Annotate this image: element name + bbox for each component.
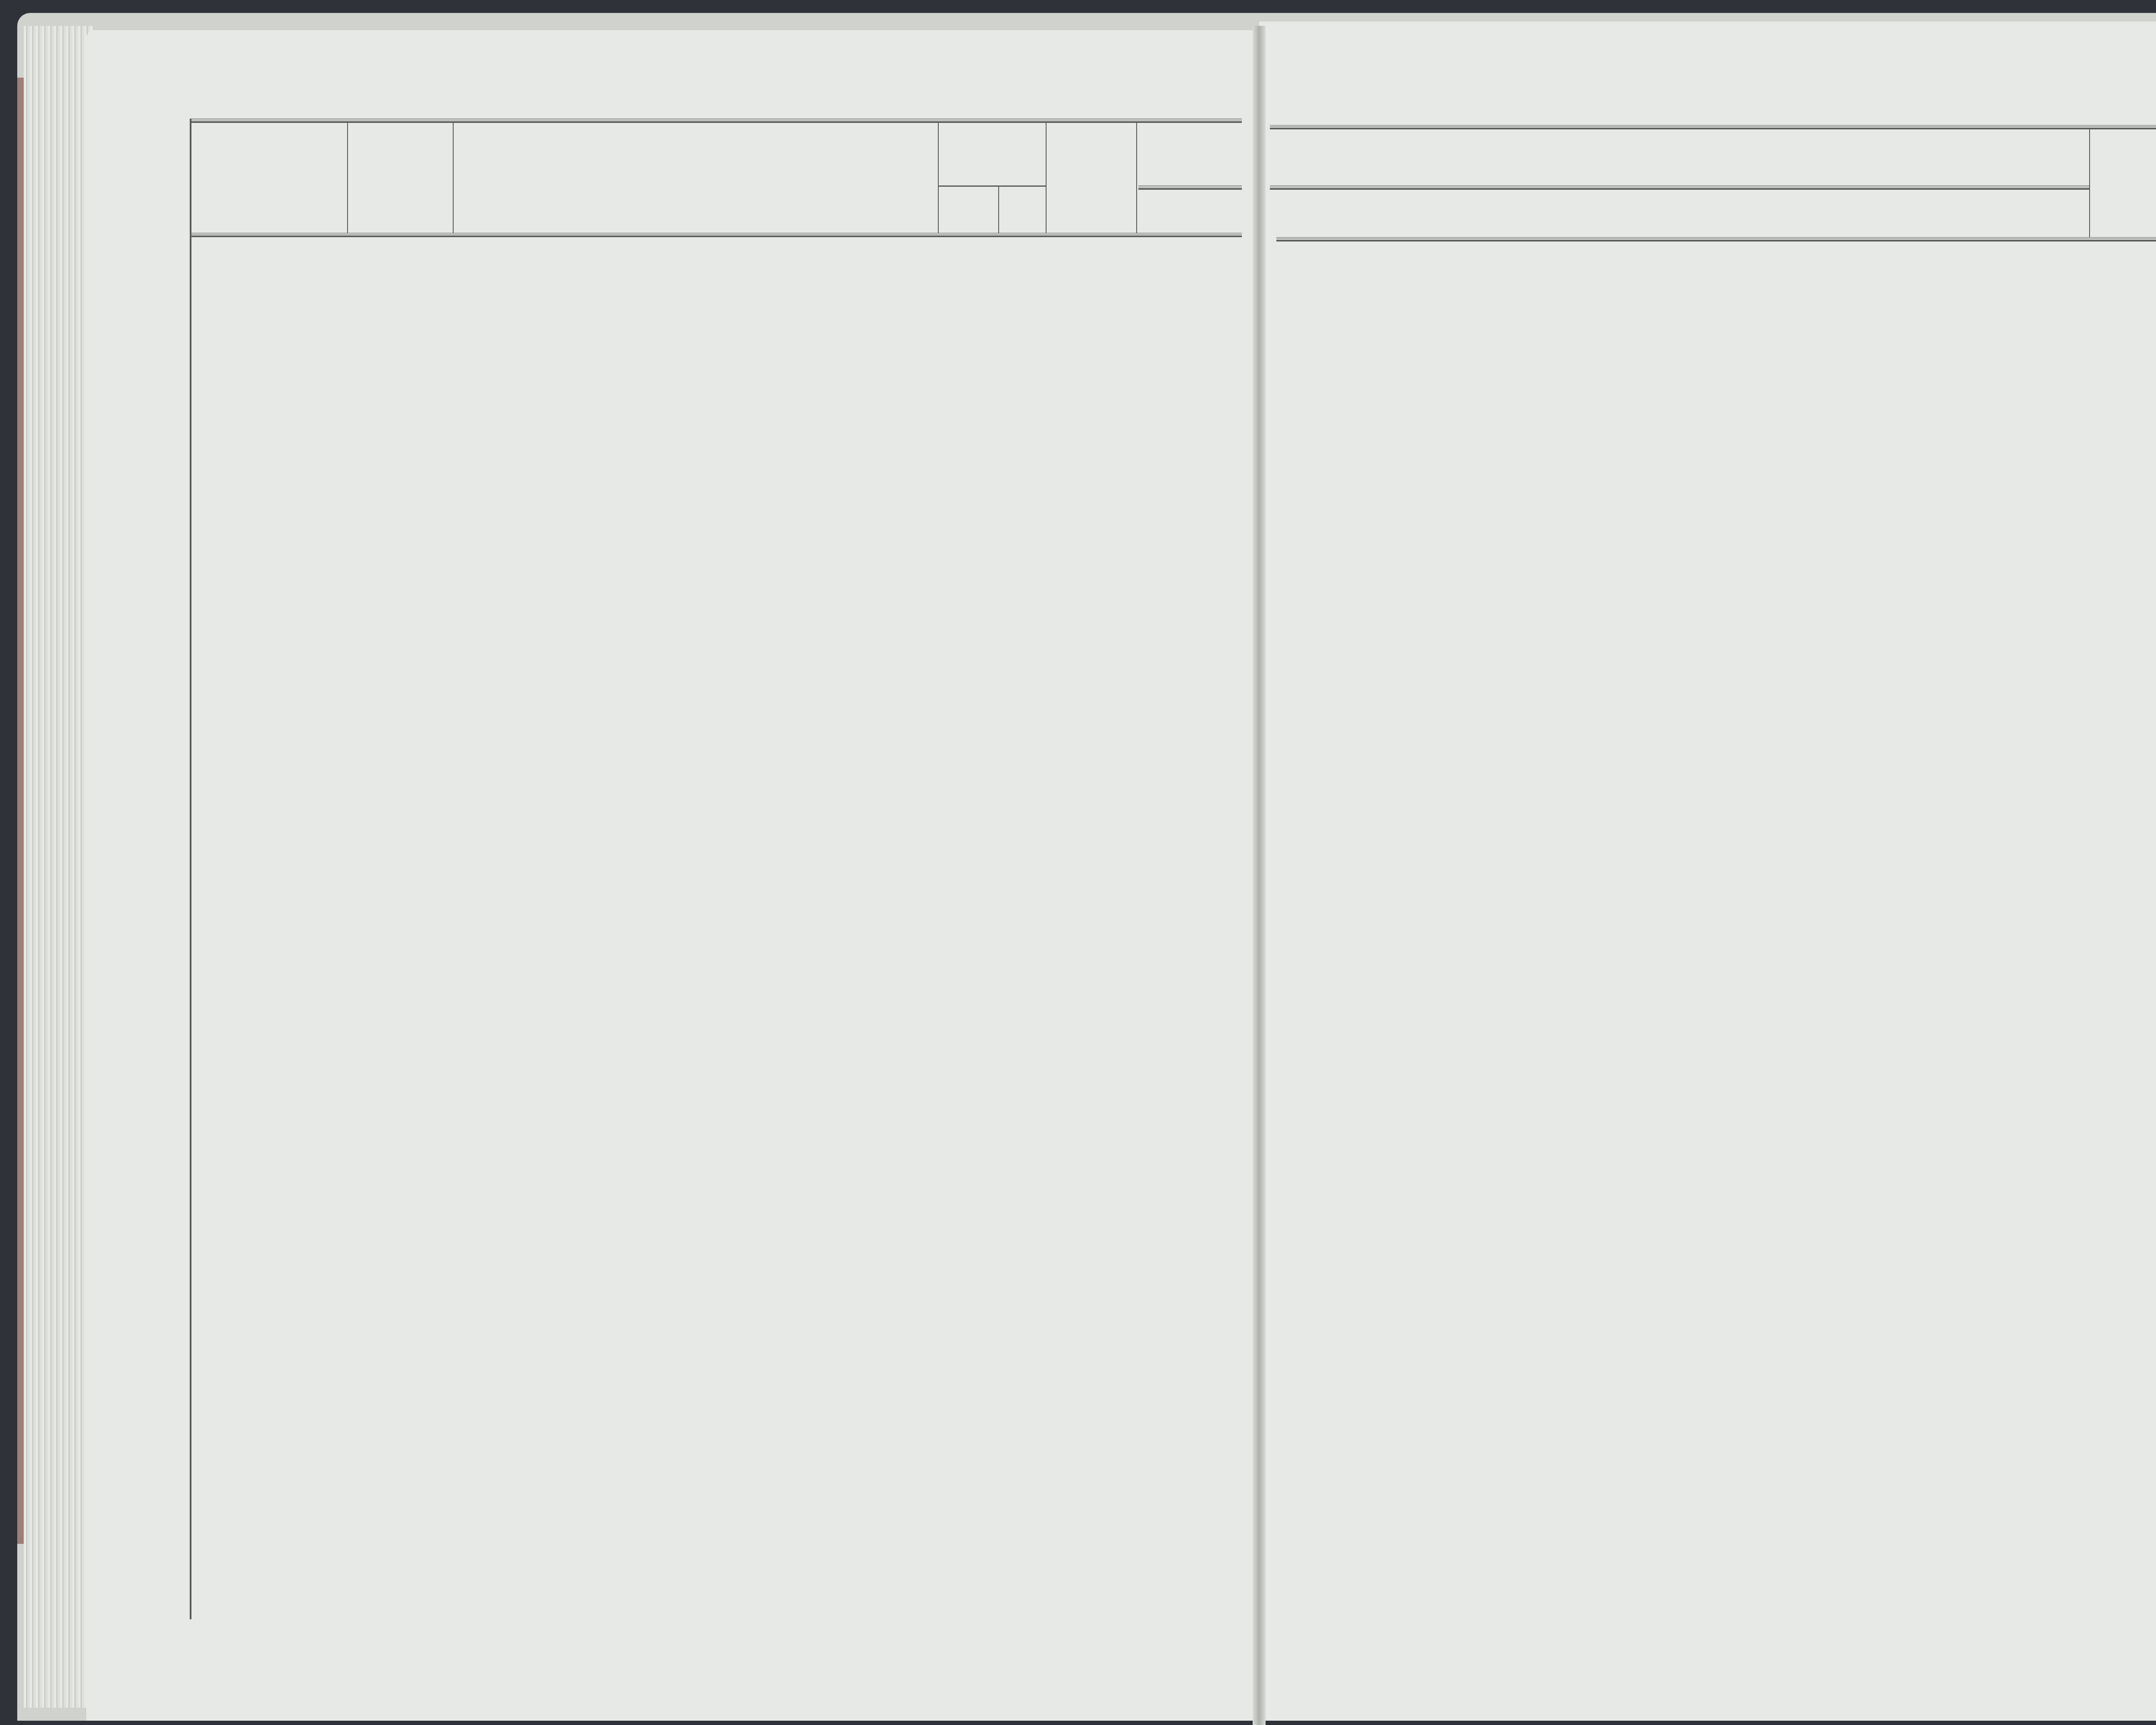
left-page bbox=[86, 30, 1259, 1721]
left-page-stack bbox=[24, 26, 93, 1708]
right-page bbox=[1259, 22, 2156, 1721]
book-gutter bbox=[1253, 26, 1266, 1725]
